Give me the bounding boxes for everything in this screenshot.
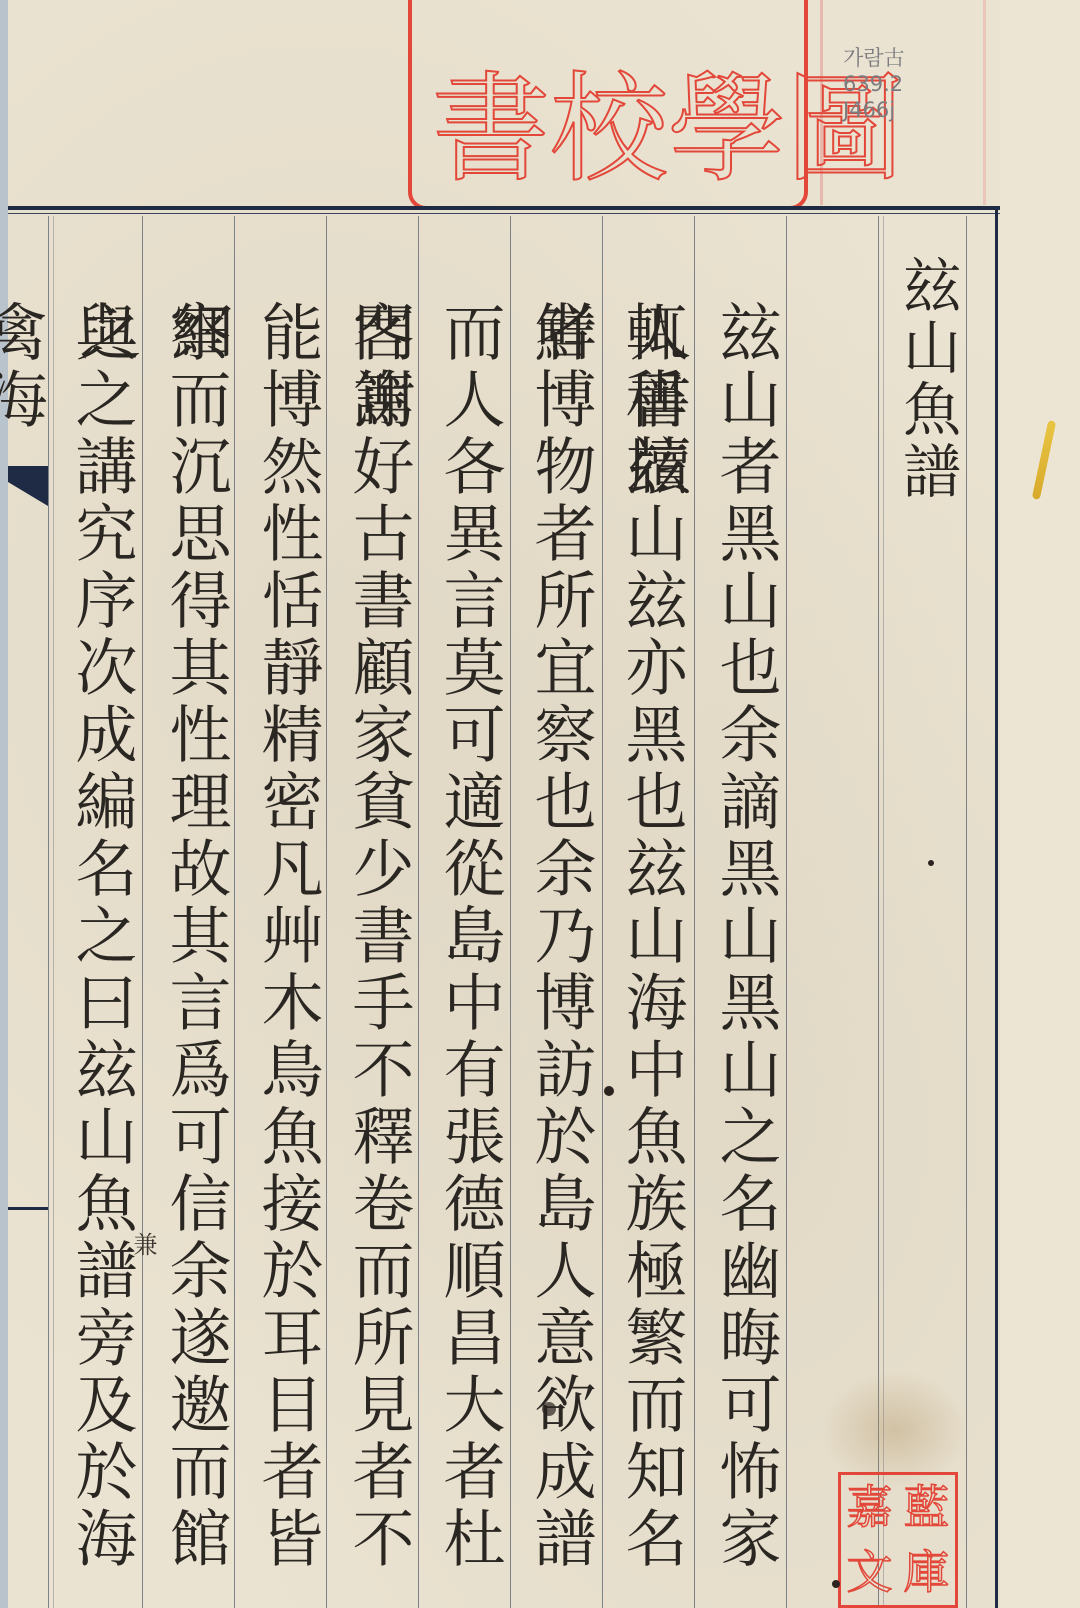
- seal-glyph: 嘉: [841, 1475, 898, 1540]
- seal-glyph: 學: [668, 70, 786, 188]
- fishtail-mark: [8, 466, 48, 506]
- text-column-8: 與之講究序次成編名之曰玆山魚譜旁及於海禽海: [56, 300, 146, 1608]
- text-column-3: 鮮博物者所宜察也余乃博訪於島人意欲成譜: [515, 300, 605, 1573]
- text-column-6: 能博然性恬靜精密凡艸木鳥魚接於耳目者皆細: [242, 300, 332, 1608]
- text-column-5: 客篤好古書顧家貧少書手不釋卷而所見者不: [333, 300, 423, 1573]
- frame-border-top: [8, 206, 1000, 210]
- ink-spot: [832, 1580, 840, 1588]
- manuscript-page: 圖 學 校 書 가람古 639.2 J466j 玆山魚譜 玆山者黑山也余謫黑山黑…: [0, 0, 1080, 1608]
- page-edge: [0, 0, 8, 1608]
- ink-spot: [542, 1402, 556, 1416]
- text-column-1: 玆山者黑山也余謫黑山黑山之名幽晦可怖家人書牘: [700, 300, 790, 1608]
- text-column-4: 而人各異言莫可適從島中有張德順昌大者杜門謝: [424, 300, 514, 1608]
- frame-border-top-inner: [8, 213, 1000, 214]
- interlinear-note: 兼: [126, 1232, 161, 1256]
- seal-glyph: 校: [550, 70, 668, 188]
- ink-spot: [928, 860, 934, 866]
- title-column: 玆山魚譜: [882, 255, 972, 503]
- ink-spot: [604, 1086, 614, 1096]
- call-number-line: 639.2: [843, 71, 905, 97]
- call-number-line: 가람古: [843, 45, 905, 71]
- fishtail-line: [8, 1207, 48, 1210]
- library-seal-bottom: 嘉 藍 文 庫: [838, 1472, 958, 1608]
- seal-glyph: 文: [841, 1540, 898, 1605]
- frame-border-right: [995, 208, 998, 1608]
- seal-glyph: 庫: [898, 1540, 955, 1605]
- seal-glyph: 藍: [898, 1475, 955, 1540]
- call-number-line: J466j: [843, 97, 905, 123]
- right-margin: [1000, 0, 1080, 1608]
- text-column-7: 察而沉思得其性理故其言爲可信余遂邀而館之: [150, 300, 240, 1608]
- call-number: 가람古 639.2 J466j: [843, 45, 905, 123]
- text-column-2: 輒稱玆山玆亦黑也玆山海中魚族極繁而知名者: [606, 300, 696, 1608]
- library-seal-top: 圖 學 校 書: [408, 0, 808, 210]
- seal-glyph: 書: [432, 70, 550, 188]
